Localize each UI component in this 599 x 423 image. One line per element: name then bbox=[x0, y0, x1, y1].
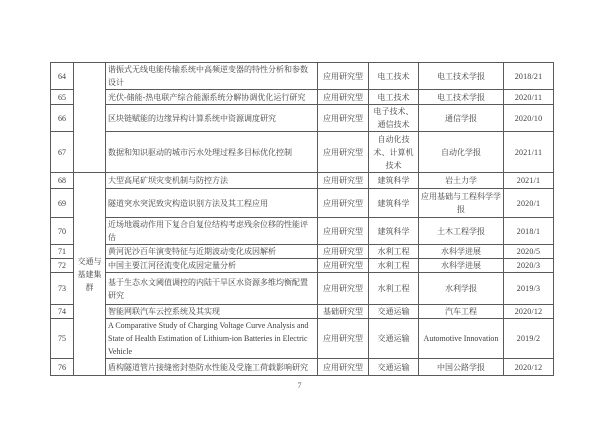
issue-date: 2020/1 bbox=[504, 189, 554, 218]
page-number: 7 bbox=[0, 381, 599, 390]
journal: 中国公路学报 bbox=[419, 359, 504, 376]
project-title: 近场地震动作用下复合自复位结构考虑残余位移的性能评估 bbox=[106, 218, 318, 245]
journal: 土木工程学报 bbox=[419, 218, 504, 245]
project-title: 盾构隧道管片接缝密封垫防水性能及受施工荷载影响研究 bbox=[106, 359, 318, 376]
project-title: A Comparative Study of Charging Voltage … bbox=[106, 319, 318, 359]
issue-date: 2019/3 bbox=[504, 273, 554, 305]
issue-date: 2018/21 bbox=[504, 63, 554, 90]
issue-date: 2020/5 bbox=[504, 245, 554, 259]
journal: 电工技术学报 bbox=[419, 63, 504, 90]
discipline: 电子技术、通信技术 bbox=[369, 105, 419, 132]
journal: 水科学进展 bbox=[419, 259, 504, 273]
table-row: 75 A Comparative Study of Charging Volta… bbox=[51, 319, 554, 359]
project-title: 黄河泥沙百年演变特征与近期波动变化成因解析 bbox=[106, 245, 318, 259]
row-number: 72 bbox=[51, 259, 74, 273]
row-number: 76 bbox=[51, 359, 74, 376]
project-title: 隧道突水突泥致灾构造识别方法及其工程应用 bbox=[106, 189, 318, 218]
discipline: 水利工程 bbox=[369, 259, 419, 273]
research-type: 应用研究型 bbox=[318, 189, 369, 218]
research-type: 应用研究型 bbox=[318, 273, 369, 305]
row-number: 73 bbox=[51, 273, 74, 305]
research-type: 应用研究型 bbox=[318, 259, 369, 273]
table-row: 65 光伏-储能-热电联产综合能源系统分解协调优化运行研究 应用研究型 电工技术… bbox=[51, 90, 554, 105]
issue-date: 2020/11 bbox=[504, 90, 554, 105]
research-type: 应用研究型 bbox=[318, 218, 369, 245]
issue-date: 2021/11 bbox=[504, 132, 554, 173]
table-row: 71 黄河泥沙百年演变特征与近期波动变化成因解析 应用研究型 水利工程 水科学进… bbox=[51, 245, 554, 259]
discipline: 水利工程 bbox=[369, 273, 419, 305]
research-type: 应用研究型 bbox=[318, 63, 369, 90]
research-type: 应用研究型 bbox=[318, 245, 369, 259]
table-row: 68 交通与基建集群 大型高尾矿坝灾变机制与防控方法 应用研究型 建筑科学 岩土… bbox=[51, 173, 554, 189]
row-number: 75 bbox=[51, 319, 74, 359]
research-type: 应用研究型 bbox=[318, 90, 369, 105]
table-row: 67 数据和知识驱动的城市污水处理过程多目标优化控制 应用研究型 自动化技术、计… bbox=[51, 132, 554, 173]
cluster-cell-transport-infrastructure: 交通与基建集群 bbox=[74, 173, 106, 376]
research-type: 应用研究型 bbox=[318, 105, 369, 132]
document-page: 64 谐振式无线电能传输系统中高频逆变器的特性分析和参数设计 应用研究型 电工技… bbox=[0, 0, 599, 423]
project-title: 谐振式无线电能传输系统中高频逆变器的特性分析和参数设计 bbox=[106, 63, 318, 90]
journal: 通信学报 bbox=[419, 105, 504, 132]
project-title: 中国主要江河径流变化成因定量分析 bbox=[106, 259, 318, 273]
table-row: 72 中国主要江河径流变化成因定量分析 应用研究型 水利工程 水科学进展 202… bbox=[51, 259, 554, 273]
issue-date: 2021/1 bbox=[504, 173, 554, 189]
discipline: 水利工程 bbox=[369, 245, 419, 259]
issue-date: 2018/1 bbox=[504, 218, 554, 245]
table-row: 76 盾构隧道管片接缝密封垫防水性能及受施工荷载影响研究 应用研究型 交通运输 … bbox=[51, 359, 554, 376]
table-row: 74 智能网联汽车云控系统及其实现 基础研究型 交通运输 汽车工程 2020/1… bbox=[51, 305, 554, 319]
row-number: 70 bbox=[51, 218, 74, 245]
issue-date: 2020/12 bbox=[504, 359, 554, 376]
research-type: 应用研究型 bbox=[318, 319, 369, 359]
research-type: 应用研究型 bbox=[318, 173, 369, 189]
research-type: 基础研究型 bbox=[318, 305, 369, 319]
discipline: 交通运输 bbox=[369, 305, 419, 319]
project-title: 大型高尾矿坝灾变机制与防控方法 bbox=[106, 173, 318, 189]
discipline: 交通运输 bbox=[369, 359, 419, 376]
journal: 汽车工程 bbox=[419, 305, 504, 319]
cluster-cell bbox=[74, 63, 106, 173]
row-number: 68 bbox=[51, 173, 74, 189]
table-row: 64 谐振式无线电能传输系统中高频逆变器的特性分析和参数设计 应用研究型 电工技… bbox=[51, 63, 554, 90]
project-title: 基于生态水文阈值调控的内陆干旱区水资源多维均衡配置研究 bbox=[106, 273, 318, 305]
discipline: 交通运输 bbox=[369, 319, 419, 359]
journal: 岩土力学 bbox=[419, 173, 504, 189]
issue-date: 2020/3 bbox=[504, 259, 554, 273]
journal: 水科学进展 bbox=[419, 245, 504, 259]
discipline: 自动化技术、计算机技术 bbox=[369, 132, 419, 173]
research-type: 应用研究型 bbox=[318, 132, 369, 173]
project-publication-table: 64 谐振式无线电能传输系统中高频逆变器的特性分析和参数设计 应用研究型 电工技… bbox=[50, 62, 554, 376]
issue-date: 2020/12 bbox=[504, 305, 554, 319]
research-type: 应用研究型 bbox=[318, 359, 369, 376]
project-title: 数据和知识驱动的城市污水处理过程多目标优化控制 bbox=[106, 132, 318, 173]
table-row: 70 近场地震动作用下复合自复位结构考虑残余位移的性能评估 应用研究型 建筑科学… bbox=[51, 218, 554, 245]
row-number: 65 bbox=[51, 90, 74, 105]
row-number: 67 bbox=[51, 132, 74, 173]
table-row: 69 隧道突水突泥致灾构造识别方法及其工程应用 应用研究型 建筑科学 应用基础与… bbox=[51, 189, 554, 218]
table-row: 66 区块链赋能的边缘异构计算系统中资源调度研究 应用研究型 电子技术、通信技术… bbox=[51, 105, 554, 132]
project-title: 智能网联汽车云控系统及其实现 bbox=[106, 305, 318, 319]
journal: 电工技术学报 bbox=[419, 90, 504, 105]
row-number: 74 bbox=[51, 305, 74, 319]
journal: Automotive Innovation bbox=[419, 319, 504, 359]
row-number: 69 bbox=[51, 189, 74, 218]
table-row: 73 基于生态水文阈值调控的内陆干旱区水资源多维均衡配置研究 应用研究型 水利工… bbox=[51, 273, 554, 305]
row-number: 64 bbox=[51, 63, 74, 90]
journal: 水利学报 bbox=[419, 273, 504, 305]
issue-date: 2019/2 bbox=[504, 319, 554, 359]
discipline: 建筑科学 bbox=[369, 218, 419, 245]
project-title: 光伏-储能-热电联产综合能源系统分解协调优化运行研究 bbox=[106, 90, 318, 105]
row-number: 71 bbox=[51, 245, 74, 259]
journal: 自动化学报 bbox=[419, 132, 504, 173]
discipline: 电工技术 bbox=[369, 90, 419, 105]
row-number: 66 bbox=[51, 105, 74, 132]
discipline: 建筑科学 bbox=[369, 189, 419, 218]
project-title: 区块链赋能的边缘异构计算系统中资源调度研究 bbox=[106, 105, 318, 132]
issue-date: 2020/10 bbox=[504, 105, 554, 132]
discipline: 建筑科学 bbox=[369, 173, 419, 189]
discipline: 电工技术 bbox=[369, 63, 419, 90]
journal: 应用基础与工程科学学报 bbox=[419, 189, 504, 218]
